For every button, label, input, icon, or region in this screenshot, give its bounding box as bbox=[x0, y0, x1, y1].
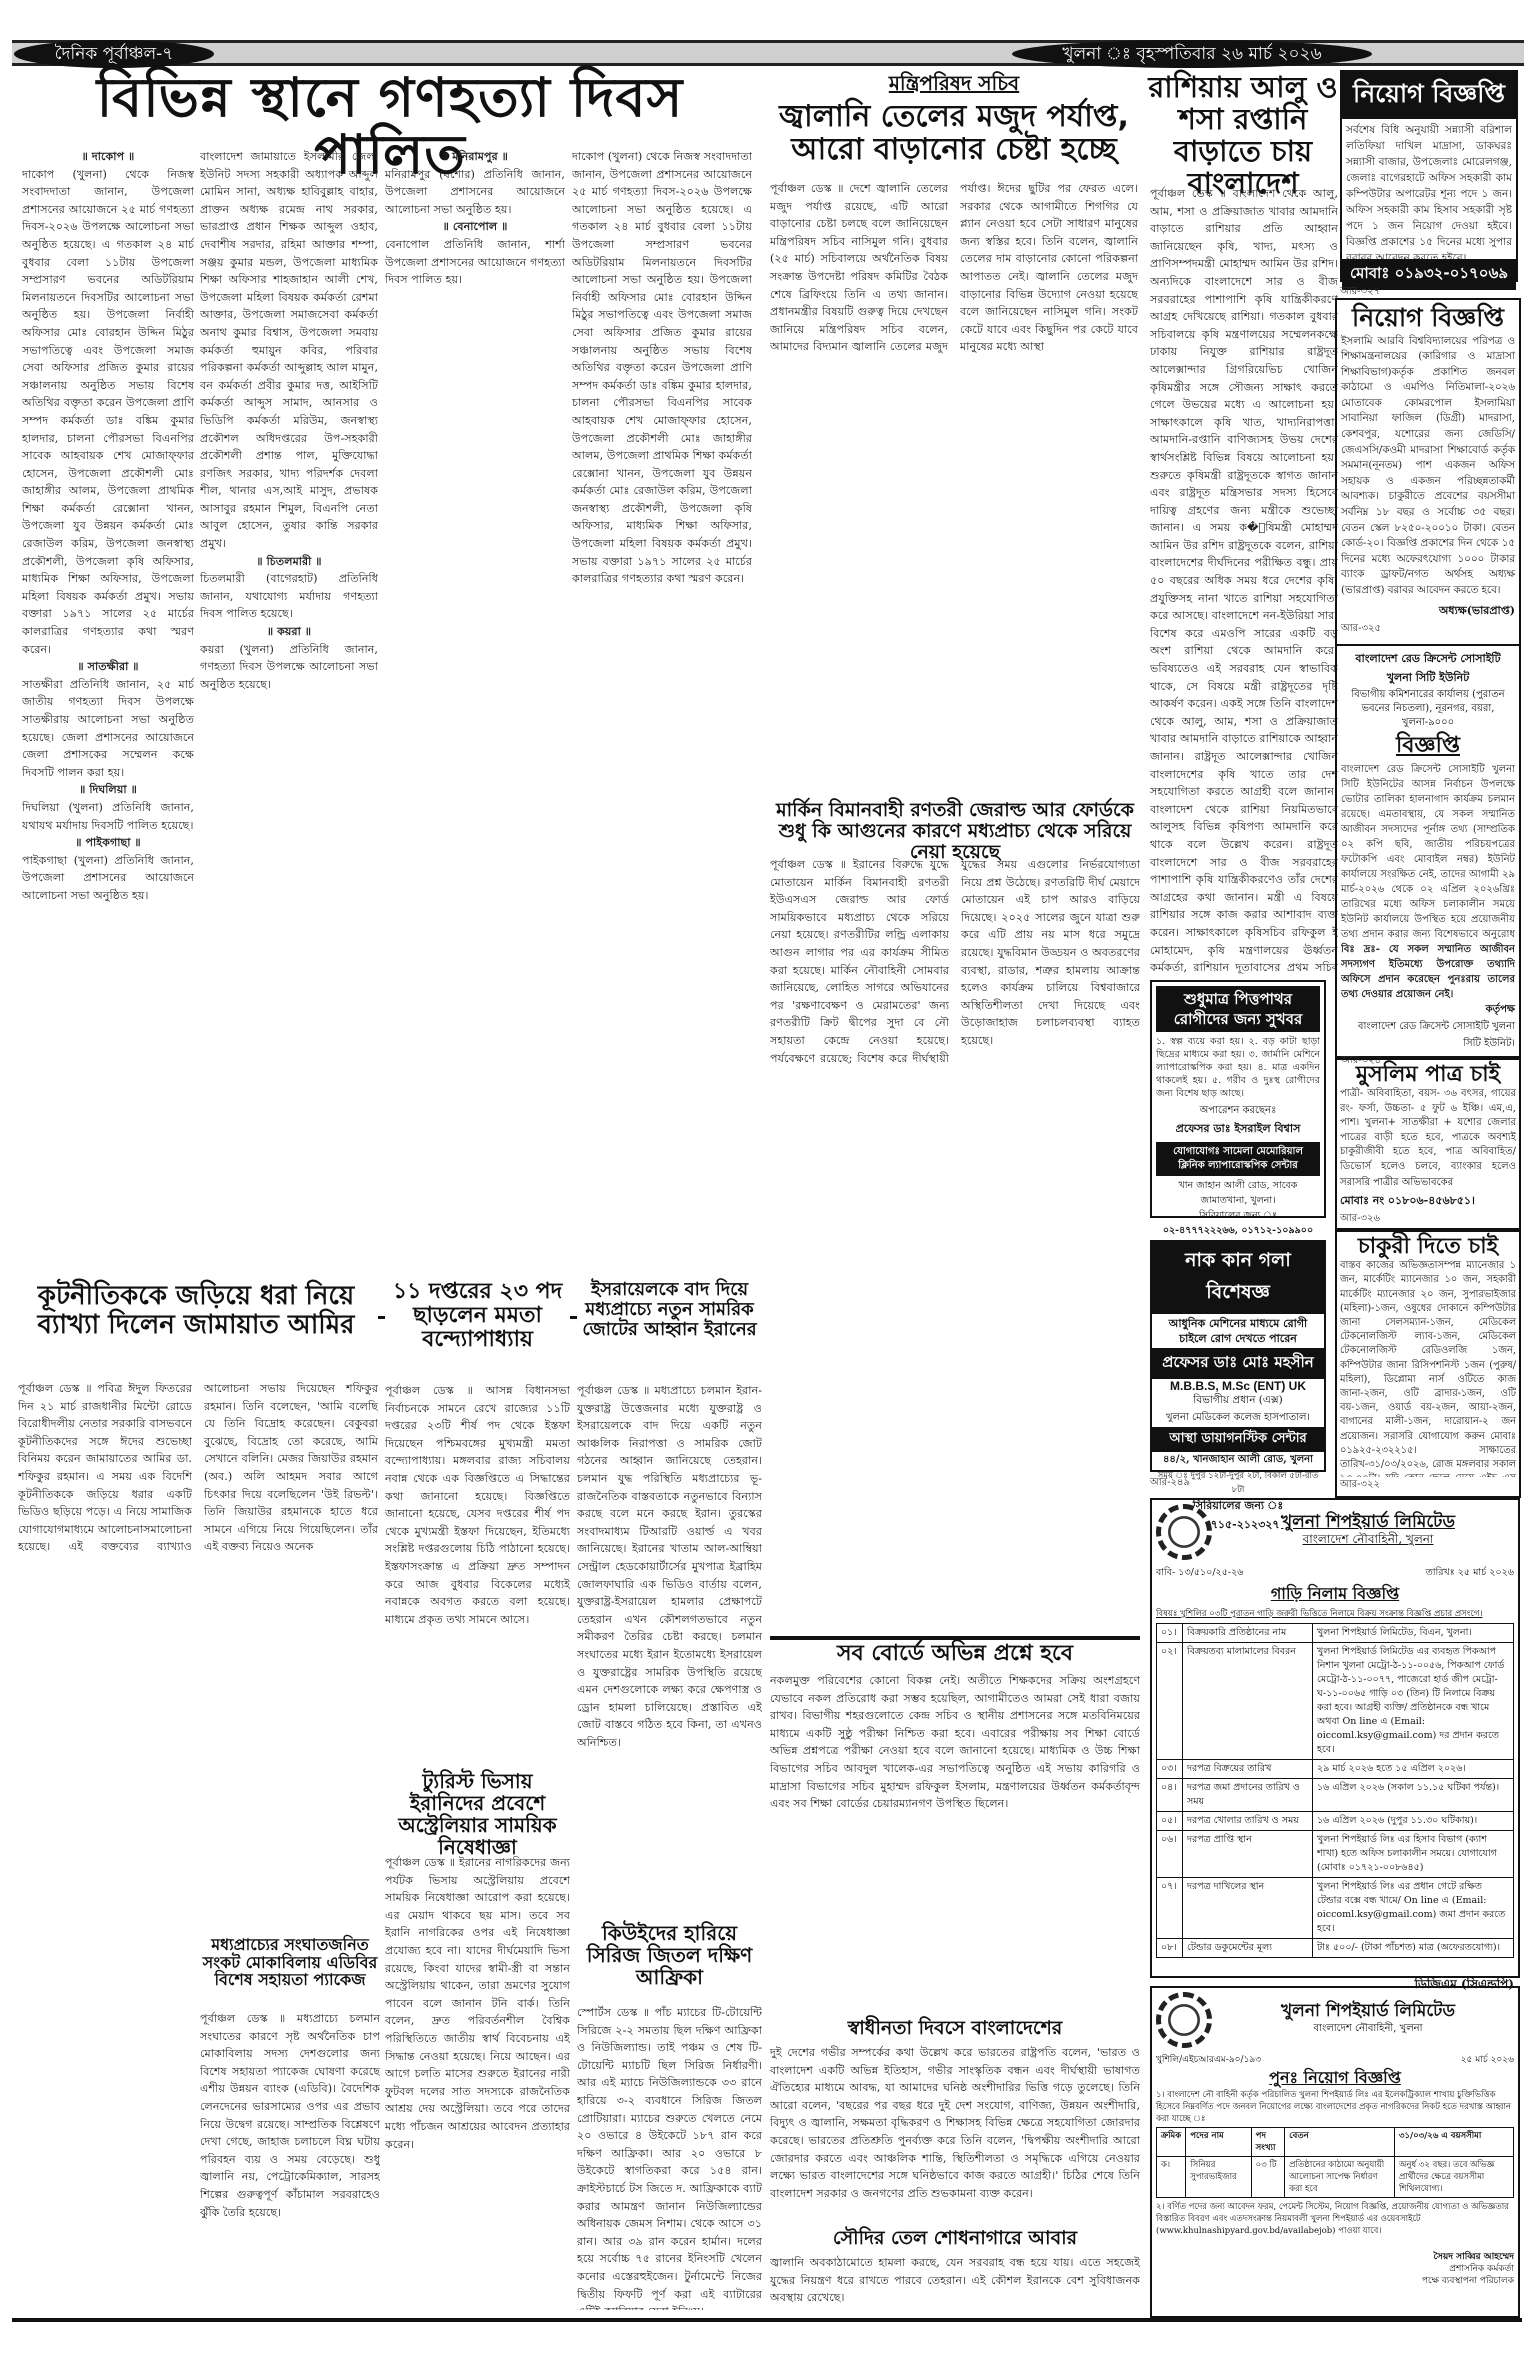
table-cell: দরপত্র দাখিলের স্থান bbox=[1183, 1877, 1313, 1938]
shipyard-date: ২৫ মার্চ ২০২৬ bbox=[1461, 2052, 1514, 2067]
section-text: বাংলাদেশ জামায়াতে ইসলামীর জেলা ইউনিট সদ… bbox=[200, 148, 378, 553]
ent-title: নাক কান গলা বিশেষজ্ঞ bbox=[1152, 1242, 1324, 1314]
adb-headline: মধ্যপ্রাচ্যের সংঘাতজনিত সংকট মোকাবিলায় … bbox=[200, 1936, 380, 1989]
fuel-headline: জ্বালানি তেলের মজুদ পর্যাপ্ত, আরো বাড়ান… bbox=[770, 100, 1138, 166]
section-title: ॥ কয়রা ॥ bbox=[200, 623, 378, 641]
section-text: দাকোপ (খুলনা) থেকে নিজস্ব সংবাদদাতা জানা… bbox=[22, 166, 194, 659]
table-cell: টাঃ ৫০০/- (টাকা পাঁচশত) মাত্র (অফেরতযোগ্… bbox=[1313, 1938, 1514, 1957]
red-crescent-unit: খুলনা সিটি ইউনিট bbox=[1341, 669, 1515, 688]
table-cell: বিক্রয়কারি প্রতিষ্ঠানের নাম bbox=[1183, 1623, 1313, 1642]
mamata-headline: ১১ দপ্তরের ২৩ পদ ছাড়লেন মমতা বন্দ্যোপাধ… bbox=[385, 1280, 570, 1353]
fuel-kicker: মন্ত্রিপরিষদ সচিব bbox=[889, 71, 1019, 95]
shipyard-sub: বাংলাদেশ নৌবাহিনী, খুলনা bbox=[1222, 1531, 1514, 1551]
lead-col-2: বাংলাদেশ জামায়াতে ইসলামীর জেলা ইউনিট সদ… bbox=[200, 148, 378, 1313]
russia-headline: রাশিয়ায় আলু ও শসা রপ্তানি বাড়াতে চায়… bbox=[1148, 72, 1338, 200]
section-text: কয়রা (খুলনা) প্রতিনিধি জানান, গণহত্যা দ… bbox=[200, 641, 378, 694]
independence-body: দুই দেশের গভীর সম্পর্কের কথা উল্লেখ করে … bbox=[770, 2044, 1140, 2224]
shipyard-org: খুলনা শিপইয়ার্ড লিমিটেড bbox=[1222, 2002, 1514, 2021]
carrier-headline: মার্কিন বিমানবাহী রণতরী জেরাল্ড আর ফোর্ড… bbox=[770, 800, 1140, 863]
table-row: ০৮।টেন্ডার ডকুমেন্টের মূল্যটাঃ ৫০০/- (টা… bbox=[1157, 1938, 1514, 1957]
table-cell: ০৮। bbox=[1157, 1938, 1183, 1957]
ent-hospital: খুলনা মেডিকেল কলেজ হাসপাতাল। bbox=[1152, 1410, 1324, 1427]
rejob-table: ক্রমিকপদের নামপদ সংখ্যাবেতন৩১/০৩/২৬ এ বয… bbox=[1156, 2127, 1514, 2198]
saudi-body: জ্বালানি অবকাঠামোতে হামলা করছে, যেন সরবর… bbox=[770, 2254, 1140, 2310]
table-cell: অনুর্ধ ৩২ বছর। তবে অভিজ্ঞ প্রার্থীদের ক্… bbox=[1394, 2156, 1513, 2197]
shipyard-logo-icon bbox=[1156, 1504, 1212, 1560]
iran-alliance-headline: ইসরায়েলকে বাদ দিয়ে মধ্যপ্রাচ্যে নতুন স… bbox=[577, 1280, 762, 1339]
table-cell: প্রতিষ্ঠানের কাঠামো অনুযায়ী আলোচনা সাপে… bbox=[1285, 2156, 1395, 2197]
table-cell: ১৬ এপ্রিল ২০২৬ (সকাল ১১.১৫ ঘটিকা পর্যন্ত… bbox=[1313, 1778, 1514, 1811]
fuel-kicker-wrap: মন্ত্রিপরিষদ সচিব bbox=[770, 72, 1138, 94]
table-cell: খুলনা শিপইয়ার্ড লিমিটেড, বিএন, খুলনা। bbox=[1313, 1623, 1514, 1642]
table-cell: টেন্ডার ডকুমেন্টের মূল্য bbox=[1183, 1938, 1313, 1957]
table-cell: সিনিয়র সুপারভাইজার bbox=[1186, 2156, 1251, 2197]
gallstone-phones: ০২-৪৭৭৭২২২৬৬, ০১৭১২-১০৯৯০০ bbox=[1156, 1224, 1320, 1239]
table-cell: ০৪। bbox=[1157, 1778, 1183, 1811]
shipyard-ref: খুশিলি/এইচআরএম-৯০/১৯৩ bbox=[1156, 2052, 1261, 2067]
column-header: ক্রমিক bbox=[1157, 2127, 1186, 2156]
divider bbox=[770, 1636, 1140, 1640]
bride-phone: মোবাঃ নং ০১৮০৬-৪৫৬৮৫১। bbox=[1340, 1192, 1516, 1211]
independence-headline: স্বাধীনতা দিবসে বাংলাদেশের bbox=[770, 2018, 1140, 2039]
section-title: ॥ দিঘলিয়া ॥ bbox=[22, 781, 194, 799]
bride-contact: সরাসরি পাত্রীর অভিভাবকের bbox=[1340, 1175, 1516, 1192]
table-cell: খুলনা শিপইয়ার্ড লিঃ এর প্রধান গেটে রক্ষ… bbox=[1313, 1877, 1514, 1938]
shipyard-ref: বাবি- ১৩/৫১০/২৫-২৬ bbox=[1156, 1566, 1243, 1581]
cricket-headline: কিউইদের হারিয়ে সিরিজ জিতল দক্ষিণ আফ্রিক… bbox=[577, 1922, 762, 1988]
ent-doctor: প্রফেসর ডাঃ মোঃ মহসীন bbox=[1152, 1348, 1324, 1379]
section-title: ॥ চিতলমারী ॥ bbox=[200, 553, 378, 571]
ent-ad: নাক কান গলা বিশেষজ্ঞ আধুনিক মেশিনের মাধ্… bbox=[1150, 1240, 1326, 1472]
bride-text: পাত্রী- অবিবাহিতা, বয়স- ৩৬ বৎসর, গায়ের… bbox=[1340, 1087, 1516, 1175]
shipyard-job-ad: খুলনা শিপইয়ার্ড লিমিটেড বাংলাদেশ নৌবাহি… bbox=[1150, 1986, 1520, 2318]
jobs-text: বাস্তব কাজের অভিজ্ঞতাসম্পন্ন ম্যানেজার ১… bbox=[1340, 1259, 1516, 1477]
table-cell: দরপত্র বিক্রয়ের তারিখ bbox=[1183, 1759, 1313, 1778]
column-header: পদ সংখ্যা bbox=[1251, 2127, 1284, 2156]
russia-body: পূর্বাঞ্চল ডেস্ক ॥ বাংলাদেশ থেকে আলু, আম… bbox=[1150, 185, 1338, 975]
shipyard-sub: বাংলাদেশ নৌবাহিনী, খুলনা bbox=[1222, 2021, 1514, 2038]
column-header: পদের নাম bbox=[1186, 2127, 1251, 2156]
section-title: ॥ মনিরামপুর ॥ bbox=[385, 148, 565, 166]
ad-code: আর-৩২৫ bbox=[1337, 621, 1519, 638]
signer-for: পক্ষে ব্যবস্থাপনা পরিচালক bbox=[1156, 2275, 1514, 2287]
lead-headline: বিভিন্ন স্থানে গণহত্যা দিবস পালিত bbox=[20, 70, 760, 140]
bride-title: মুসলিম পাত্র চাই bbox=[1340, 1063, 1516, 1087]
rejob-para2: ২। বর্ণিত পদের জন্য আবেদন ফরম, পেমেন্ট স… bbox=[1156, 2201, 1514, 2237]
table-cell: ০৫। bbox=[1157, 1811, 1183, 1830]
ad-code: আর-২৪৯ bbox=[1150, 1475, 1190, 1492]
gallstone-text: ১. স্বল্প ব্যয়ে করা হয়। ২. বড় কাটা ছা… bbox=[1156, 1035, 1320, 1103]
rejob-title: পুনঃ নিয়োগ বিজ্ঞপ্তি bbox=[1156, 2069, 1514, 2087]
job-ad-2-title: নিয়োগ বিজ্ঞপ্তি bbox=[1337, 304, 1519, 332]
red-crescent-note: বিঃ দ্রঃ- যে সকল সম্মানিত আজীবন সদস্যগণ … bbox=[1341, 942, 1515, 1002]
table-row: ০২।বিক্রয়তব্য মালামালের বিবরনখুলনা শিপই… bbox=[1157, 1642, 1514, 1759]
shipyard-org: খুলনা শিপইয়ার্ড লিমিটেড bbox=[1222, 1513, 1514, 1532]
table-row: ক।সিনিয়র সুপারভাইজার০৩ টিপ্রতিষ্ঠানের ক… bbox=[1157, 2156, 1514, 2197]
table-cell: ০৩। bbox=[1157, 1759, 1183, 1778]
shipyard-logo-icon bbox=[1156, 1992, 1212, 2048]
red-crescent-org: বাংলাদেশ রেড ক্রিসেন্ট সোসাইটি bbox=[1341, 650, 1515, 669]
table-cell: খুলনা শিপইয়ার্ড লিঃ এর হিসাব বিভাগ (ক্য… bbox=[1313, 1830, 1514, 1877]
table-cell: ২৯ মার্চ ২০২৬ হতে ১৫ এপ্রিল ২০২৬। bbox=[1313, 1759, 1514, 1778]
table-cell: বিক্রয়তব্য মালামালের বিবরন bbox=[1183, 1642, 1313, 1759]
section-text: দাকোপ (খুলনা) থেকে নিজস্ব সংবাদদাতা জানা… bbox=[572, 148, 752, 588]
table-cell: ০২। bbox=[1157, 1642, 1183, 1759]
table-cell: ০৬। bbox=[1157, 1830, 1183, 1877]
section-text: পাইকগাছা (খুলনা) প্রতিনিধি জানান, উপজেলা… bbox=[22, 852, 194, 905]
gallstone-ad: শুধুমাত্র পিত্তপাথর রোগীদের জন্য সুখবর ১… bbox=[1150, 980, 1326, 1218]
column-header: বেতন bbox=[1285, 2127, 1395, 2156]
table-cell: খুলনা শিপইয়ার্ড লিমিটেড এর ব্যবহৃত পিকআ… bbox=[1313, 1642, 1514, 1759]
section-text: বেনাপোল প্রতিনিধি জানান, শার্শা উপজেলা প… bbox=[385, 236, 565, 289]
page-label: দৈনিক পূর্বাঞ্চল-৭ bbox=[14, 40, 214, 68]
visa-headline: ট্যুরিস্ট ভিসায় ইরানিদের প্রবেশে অস্ট্র… bbox=[385, 1770, 570, 1858]
ent-center: আস্থা ডায়াগনস্টিক সেন্টার bbox=[1152, 1427, 1324, 1452]
red-crescent-title: বিজ্ঞপ্তি bbox=[1341, 734, 1515, 758]
table-row: ০৬।দরপত্র প্রাপ্তি স্থানখুলনা শিপইয়ার্ড… bbox=[1157, 1830, 1514, 1877]
masthead-strip: দৈনিক পূর্বাঞ্চল-৭ খুলনা ঃ বৃহস্পতিবার ২… bbox=[12, 40, 1524, 66]
gallstone-operator-label: অপারেশন করছেনঃ bbox=[1156, 1103, 1320, 1120]
fuel-body: পূর্বাঞ্চল ডেস্ক ॥ দেশে জ্বালানি তেলের ম… bbox=[770, 180, 1138, 780]
job-ad-2-signer: অধ্যক্ষ(ভারপ্রাপ্ত) bbox=[1337, 602, 1519, 621]
signer-name: সৈয়দ সাব্বির আহম্মেদ bbox=[1156, 2251, 1514, 2263]
column-header: ৩১/০৩/২৬ এ বয়সসীমা bbox=[1394, 2127, 1513, 2156]
dateline: খুলনা ঃ বৃহস্পতিবার ২৬ মার্চ ২০২৬ bbox=[1012, 40, 1372, 68]
adb-body: পূর্বাঞ্চল ডেস্ক ॥ মধ্যপ্রাচ্যে চলমান সং… bbox=[200, 2010, 380, 2310]
ent-address: ৪৪/২, খানজাহান আলী রোড, খুলনা bbox=[1152, 1452, 1324, 1469]
job-ad-1: নিয়োগ বিজ্ঞপ্তি সর্বশেষ বিধি অনুযায়ী স… bbox=[1340, 70, 1518, 282]
section-text: সাতক্ষীরা প্রতিনিধি জানান, ২৫ মার্চ জাতী… bbox=[22, 676, 194, 782]
gallstone-contact: যোগাযোগঃ সামেলা মেমোরিয়াল ক্লিনিক ল্যাপ… bbox=[1156, 1142, 1320, 1176]
section-text: চিতলমারী (বাগেরহাট) প্রতিনিধি জানান, যথা… bbox=[200, 570, 378, 623]
table-cell: ০১। bbox=[1157, 1623, 1183, 1642]
ad-code: আর-৩২২ bbox=[1340, 1477, 1516, 1494]
table-cell: ১৬ এপ্রিল ২০২৬ (দুপুর ১১.৩০ ঘটিকায়)। bbox=[1313, 1811, 1514, 1830]
jobs-title: চাকুরী দিতে চাই bbox=[1340, 1235, 1516, 1259]
red-crescent-text: বাংলাদেশ রেড ক্রিসেন্ট সোসাইটি খুলনা সিট… bbox=[1341, 762, 1515, 942]
table-cell: দরপত্র জমা প্রদানের তারিখ ও সময় bbox=[1183, 1778, 1313, 1811]
table-row: ০৭।দরপত্র দাখিলের স্থানখুলনা শিপইয়ার্ড … bbox=[1157, 1877, 1514, 1938]
red-crescent-authority: কর্তৃপক্ষ bbox=[1341, 1002, 1515, 1019]
bride-ad: মুসলিম পাত্র চাই পাত্রী- অবিবাহিতা, বয়স… bbox=[1335, 1058, 1521, 1230]
section-title: ॥ বেনাপোল ॥ bbox=[385, 218, 565, 236]
job-ad-2: নিয়োগ বিজ্ঞপ্তি ইসলামি আরবি বিশ্ববিদ্যা… bbox=[1335, 298, 1521, 1058]
lead-col-1: ॥ দাকোপ ॥ দাকোপ (খুলনা) থেকে নিজস্ব সংবা… bbox=[22, 148, 194, 1313]
red-crescent-ad: বাংলাদেশ রেড ক্রিসেন্ট সোসাইটি খুলনা সিট… bbox=[1337, 644, 1519, 1074]
section-text: মনিরামপুর (যশোর) প্রতিনিধি জানান, উপজেলা… bbox=[385, 166, 565, 219]
red-crescent-address: বিভাগীয় কমিশনারের কার্যালয় (পুরাতন ভবন… bbox=[1341, 688, 1515, 730]
ent-degree: M.B.B.S, M.Sc (ENT) UK bbox=[1152, 1379, 1324, 1393]
table-cell: ০৩ টি bbox=[1251, 2156, 1284, 2197]
signer-title: প্রশাসনিক কর্মকর্তা bbox=[1156, 2263, 1514, 2275]
carrier-body: পূর্বাঞ্চল ডেস্ক ॥ ইরানের বিরুদ্ধে যুদ্ধ… bbox=[770, 856, 1140, 1626]
page-bottom-rule bbox=[12, 2318, 1522, 2322]
job-ad-2-text: ইসলামি আরবি বিশ্ববিদ্যালয়ের পরিপত্র ও শ… bbox=[1337, 332, 1519, 602]
visa-body: পূর্বাঞ্চল ডেস্ক ॥ ইরানের নাগরিকদের জন্য… bbox=[385, 1854, 570, 2310]
section-title: ॥ সাতক্ষীরা ॥ bbox=[22, 658, 194, 676]
ad-code: আর-৩২৬ bbox=[1340, 1211, 1516, 1228]
auction-table: ০১।বিক্রয়কারি প্রতিষ্ঠানের নামখুলনা শিপ… bbox=[1156, 1623, 1514, 1958]
table-row: ০৪।দরপত্র জমা প্রদানের তারিখ ও সময়১৬ এপ… bbox=[1157, 1778, 1514, 1811]
section-title: ॥ দাকোপ ॥ bbox=[22, 148, 194, 166]
section-title: ॥ পাইকগাছা ॥ bbox=[22, 834, 194, 852]
table-cell: ০৭। bbox=[1157, 1877, 1183, 1938]
diplomat-headline: কূটনীতিককে জড়িয়ে ধরা নিয়ে ব্যাখ্যা দি… bbox=[14, 1282, 378, 1339]
board-headline: সব বোর্ডে অভিন্ন প্রশ্নে হবে bbox=[770, 1642, 1140, 1666]
auction-subject: বিষয়ঃ খুশিলির ০৩টি পুরাতন গাড়ি জরুরী ভ… bbox=[1156, 1607, 1514, 1621]
red-crescent-authority-org: বাংলাদেশ রেড ক্রিসেন্ট সোসাইটি খুলনা সিট… bbox=[1341, 1019, 1515, 1053]
rejob-para1: ১। বাংলাদেশ নৌ বাহিনী কর্তৃক পরিচালিত খু… bbox=[1156, 2089, 1514, 2125]
shipyard-date: তারিখঃ ২৫ মার্চ ২০২৬ bbox=[1426, 1566, 1514, 1581]
saudi-headline: সৌদির তেল শোধনাগারে আবার bbox=[770, 2228, 1140, 2249]
gallstone-doctor: প্রফেসর ডাঃ ইসরাইল বিশ্বাস bbox=[1156, 1120, 1320, 1139]
table-cell: দরপত্র প্রাপ্তি স্থান bbox=[1183, 1830, 1313, 1877]
gallstone-title: শুধুমাত্র পিত্তপাথর রোগীদের জন্য সুখবর bbox=[1156, 986, 1320, 1032]
ent-dept: বিভাগীয় প্রধান (এক্স) bbox=[1152, 1393, 1324, 1410]
gallstone-address: খান জাহান আলী রোড, সাবেক জামাতখানা, খুলন… bbox=[1156, 1179, 1320, 1209]
table-row: ০৩।দরপত্র বিক্রয়ের তারিখ২৯ মার্চ ২০২৬ হ… bbox=[1157, 1759, 1514, 1778]
iran-alliance-body: পূর্বাঞ্চল ডেস্ক ॥ মধ্যপ্রাচ্যে চলমান ইর… bbox=[577, 1382, 762, 1912]
table-row: ০১।বিক্রয়কারি প্রতিষ্ঠানের নামখুলনা শিপ… bbox=[1157, 1623, 1514, 1642]
table-cell: ক। bbox=[1157, 2156, 1186, 2197]
mamata-body: পূর্বাঞ্চল ডেস্ক ॥ আসন্ন বিধানসভা নির্বা… bbox=[385, 1382, 570, 1762]
auction-title: গাড়ি নিলাম বিজ্ঞপ্তি bbox=[1156, 1585, 1514, 1603]
table-row: ০৫।দরপত্র খোলার তারিখ ও সময়১৬ এপ্রিল ২০… bbox=[1157, 1811, 1514, 1830]
cricket-body: স্পোর্টস ডেস্ক ॥ পাঁচ ম্যাচের টি-টোয়েন্… bbox=[577, 2004, 762, 2310]
section-text: দিঘলিয়া (খুলনা) প্রতিনিধি জানান, যথাযথ … bbox=[22, 799, 194, 834]
board-body: নকলমুক্ত পরিবেশের কোনো বিকল্প নেই। অতীতে… bbox=[770, 1672, 1140, 1952]
table-cell: দরপত্র খোলার তারিখ ও সময় bbox=[1183, 1811, 1313, 1830]
shipyard-auction-ad: খুলনা শিপইয়ার্ড লিমিটেড বাংলাদেশ নৌবাহি… bbox=[1150, 1498, 1520, 1978]
lead-col-3: ॥ মনিরামপুর ॥ মনিরামপুর (যশোর) প্রতিনিধি… bbox=[385, 148, 565, 1313]
job-ad-1-title: নিয়োগ বিজ্ঞপ্তি bbox=[1342, 72, 1516, 119]
lead-col-4: দাকোপ (খুলনা) থেকে নিজস্ব সংবাদদাতা জানা… bbox=[572, 148, 752, 1313]
jobs-ad: চাকুরী দিতে চাই বাস্তব কাজের অভিজ্ঞতাসম্… bbox=[1335, 1230, 1521, 1498]
gallstone-serial: সিরিয়ালের জন্য ঃ bbox=[1156, 1209, 1320, 1224]
job-ad-1-text: সর্বশেষ বিধি অনুযায়ী সন্ন্যাসী বরিশাল ল… bbox=[1342, 119, 1516, 259]
ent-line1: আধুনিক মেশিনের মাধ্যমে রোগী চাইলে রোগ দে… bbox=[1152, 1314, 1324, 1348]
